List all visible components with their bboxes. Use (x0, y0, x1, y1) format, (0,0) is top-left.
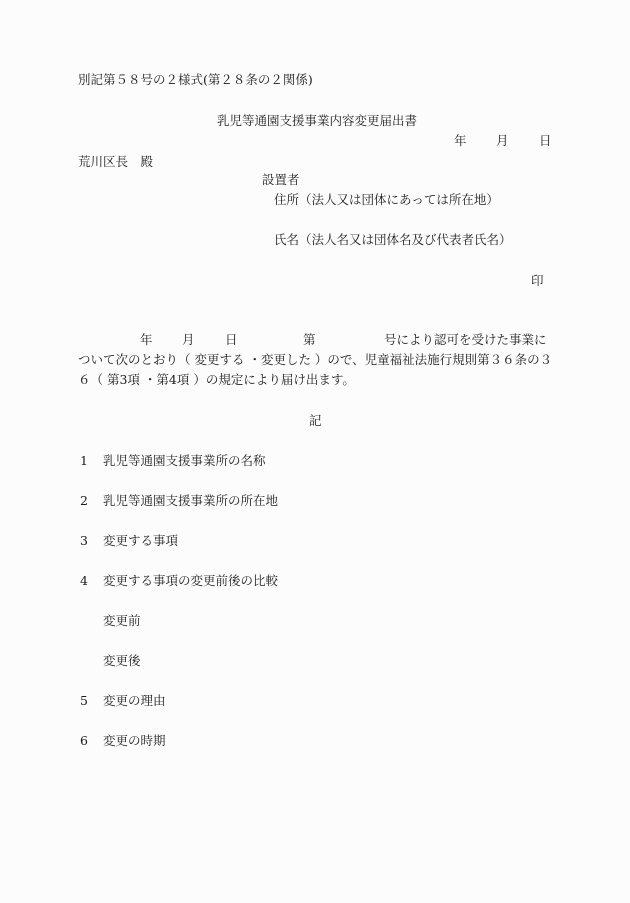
body-month: 月 (182, 332, 195, 348)
ki-heading: 記 (309, 413, 322, 429)
addressee: 荒川区長 殿 (78, 154, 153, 170)
body-number-suffix: 号により認可を受けた事業に (384, 332, 547, 348)
item-number: 5 (80, 693, 88, 709)
item-label: 乳児等通園支援事業所の所在地 (103, 493, 278, 509)
body-number-prefix: 第 (303, 332, 316, 348)
item-number: 2 (80, 493, 88, 509)
body-line-2: ついて次のとおり（ 変更する ・変更した ）ので、児童福祉法施行規則第３６条の３ (78, 352, 552, 368)
document-title: 乳児等通園支援事業内容変更届出書 (217, 113, 417, 129)
item-label: 乳児等通園支援事業所の名称 (103, 453, 266, 469)
applicant-label: 設置者 (262, 172, 300, 188)
body-day: 日 (225, 332, 238, 348)
item-label: 変更の理由 (103, 693, 166, 709)
item-sub-label-after: 変更後 (103, 653, 141, 669)
seal-mark: 印 (531, 273, 544, 289)
body-year: 年 (140, 332, 153, 348)
item-sub-label-before: 変更前 (103, 613, 141, 629)
body-line-3: ６（ 第3項 ・第4項 ）の規定により届け出ます。 (78, 372, 355, 388)
item-label: 変更する事項 (103, 533, 178, 549)
applicant-address-label: 住所（法人又は団体にあっては所在地） (274, 192, 499, 208)
submission-date-year: 年 (454, 133, 467, 149)
form-reference: 別記第５８号の２様式(第２８条の２関係) (78, 72, 313, 88)
item-label: 変更の時期 (103, 733, 166, 749)
submission-date-month: 月 (496, 133, 509, 149)
item-label: 変更する事項の変更前後の比較 (103, 573, 278, 589)
item-number: 3 (80, 533, 88, 549)
item-number: 4 (80, 573, 88, 589)
applicant-name-label: 氏名（法人名又は団体名及び代表者氏名） (274, 232, 512, 248)
submission-date-day: 日 (539, 133, 552, 149)
item-number: 6 (80, 733, 88, 749)
item-number: 1 (80, 453, 88, 469)
